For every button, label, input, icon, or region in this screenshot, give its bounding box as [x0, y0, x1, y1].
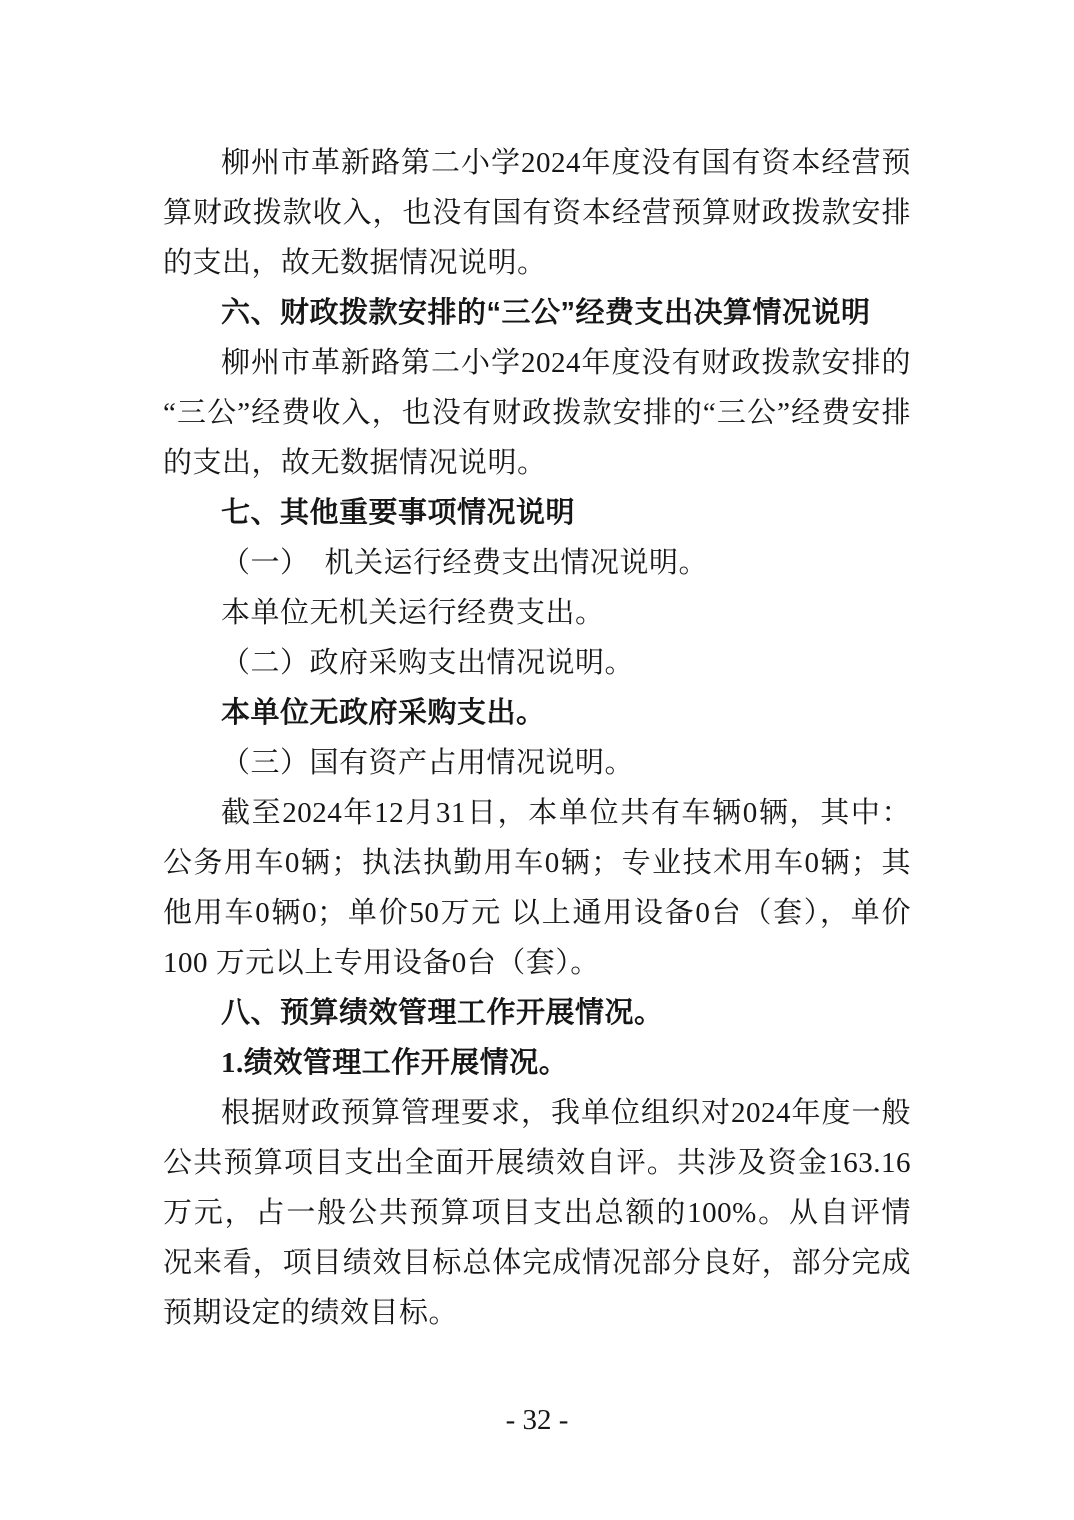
- paragraph-performance-self-evaluation: 根据财政预算管理要求，我单位组织对2024年度一般公共预算项目支出全面开展绩效自…: [163, 1088, 911, 1338]
- paragraph-state-capital-budget: 柳州市革新路第二小学2024年度没有国有资本经营预算财政拨款收入，也没有国有资本…: [163, 138, 911, 288]
- paragraph-state-asset-occupancy: 截至2024年12月31日，本单位共有车辆0辆，其中：公务用车0辆；执法执勤用车…: [163, 788, 911, 988]
- section-heading-six-three-public-funds: 六、财政拨款安排的“三公”经费支出决算情况说明: [163, 288, 911, 338]
- paragraph-three-public-funds: 柳州市革新路第二小学2024年度没有财政拨款安排的“三公”经费收入，也没有财政拨…: [163, 338, 911, 488]
- subheading-two-government-procurement: （二）政府采购支出情况说明。: [163, 638, 911, 688]
- subheading-one-agency-operating-expense: （一） 机关运行经费支出情况说明。: [163, 538, 911, 588]
- section-heading-seven-other-important-matters: 七、其他重要事项情况说明: [163, 488, 911, 538]
- line-no-agency-operating-expense: 本单位无机关运行经费支出。: [163, 588, 911, 638]
- document-page: 柳州市革新路第二小学2024年度没有国有资本经营预算财政拨款收入，也没有国有资本…: [0, 0, 1074, 1520]
- section-heading-eight-performance-management: 八、预算绩效管理工作开展情况。: [163, 988, 911, 1038]
- line-no-government-procurement: 本单位无政府采购支出。: [163, 688, 911, 738]
- subheading-performance-management-progress: 1.绩效管理工作开展情况。: [163, 1038, 911, 1088]
- page-number: - 32 -: [0, 1398, 1074, 1442]
- subheading-three-state-asset-occupancy: （三）国有资产占用情况说明。: [163, 738, 911, 788]
- document-body: 柳州市革新路第二小学2024年度没有国有资本经营预算财政拨款收入，也没有国有资本…: [163, 138, 911, 1338]
